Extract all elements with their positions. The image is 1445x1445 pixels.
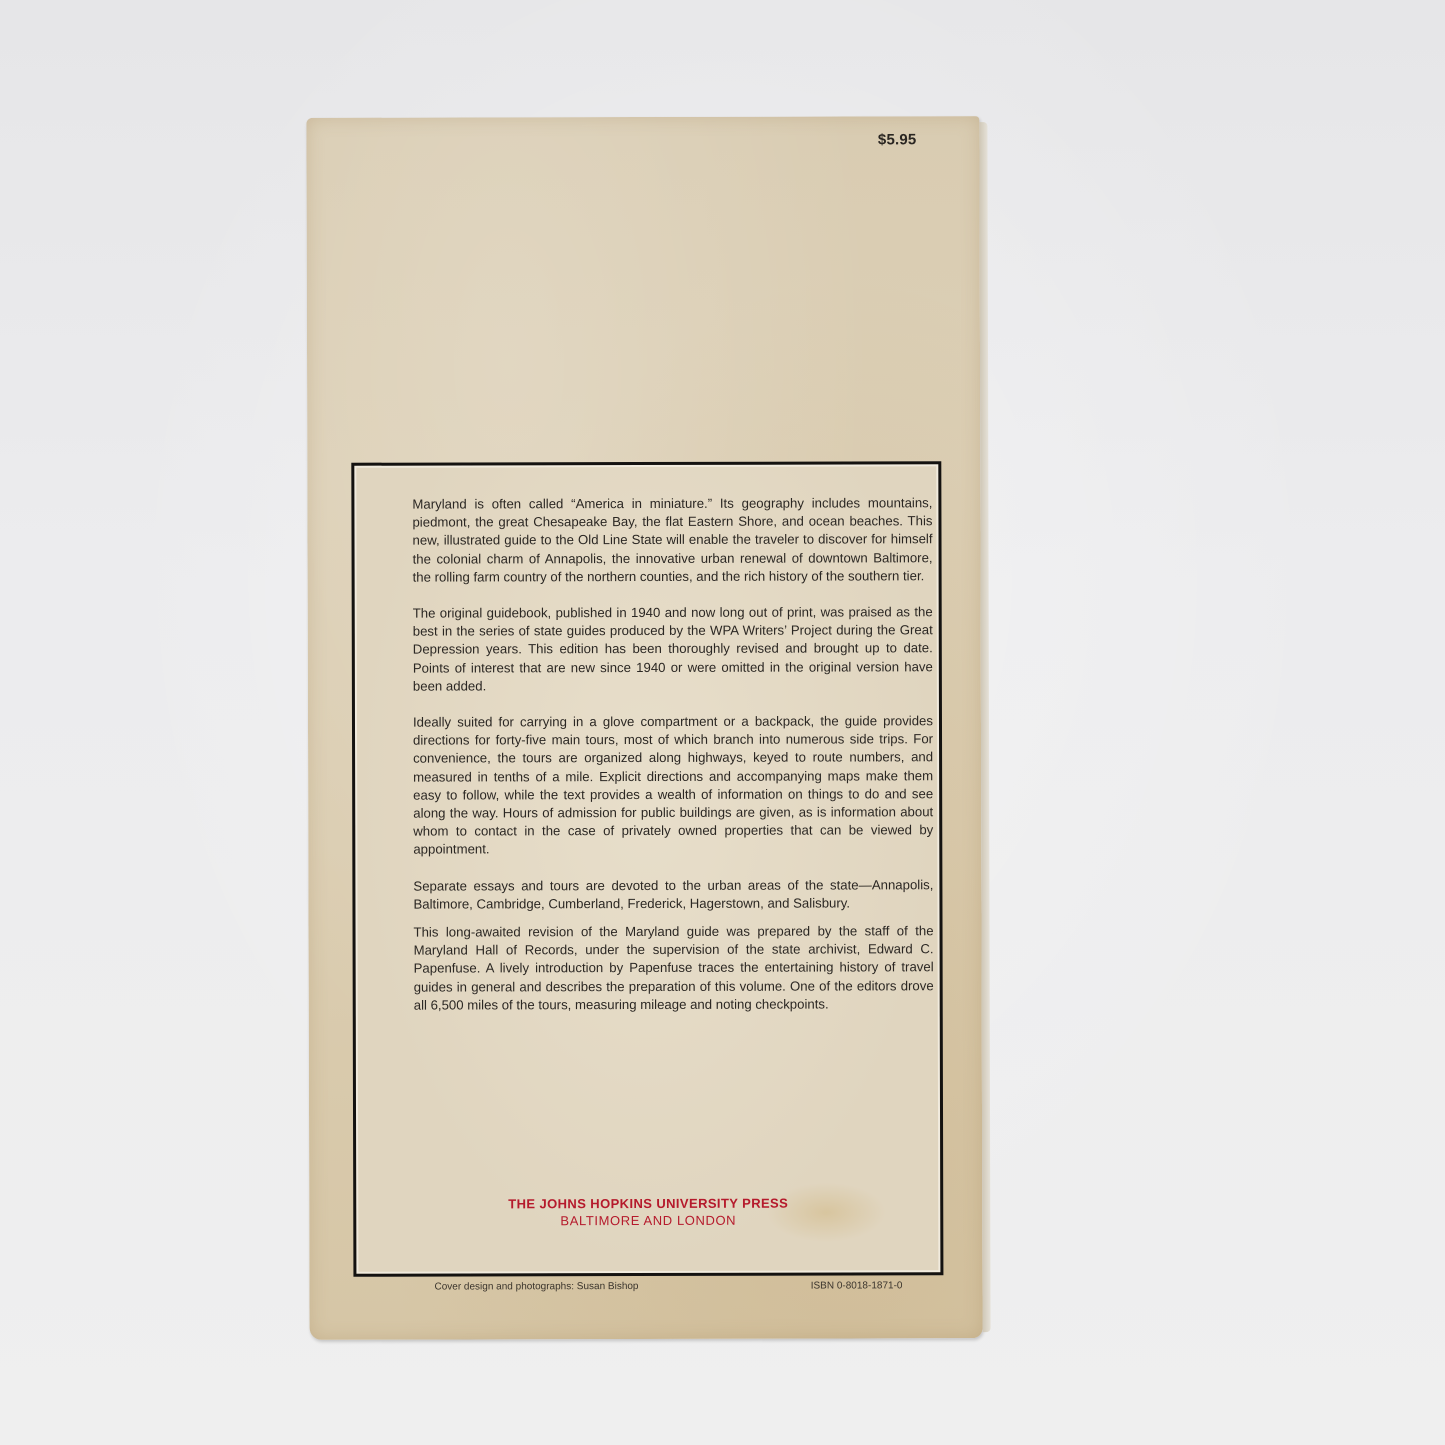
publisher-block: THE JOHNS HOPKINS UNIVERSITY PRESS BALTI… [356, 1194, 940, 1230]
isbn-label: ISBN 0-8018-1871-0 [811, 1280, 903, 1291]
publisher-location: BALTIMORE AND LONDON [356, 1211, 940, 1230]
blurb-paragraph-revision: This long-awaited revision of the Maryla… [414, 922, 934, 1014]
cover-credits: Cover design and photographs: Susan Bish… [434, 1281, 638, 1293]
blurb-text: Maryland is often called “America in min… [412, 494, 933, 1032]
blurb-paragraph-history: The original guidebook, published in 194… [413, 603, 933, 695]
publisher-name: THE JOHNS HOPKINS UNIVERSITY PRESS [356, 1194, 940, 1213]
price-label: $5.95 [878, 131, 917, 148]
blurb-paragraph-urban: Separate essays and tours are devoted to… [413, 876, 933, 914]
blurb-paragraph-tours: Ideally suited for carrying in a glove c… [413, 712, 933, 859]
blurb-frame: Maryland is often called “America in min… [351, 461, 943, 1277]
book-back-cover: $5.95 Maryland is often called “America … [306, 116, 982, 1340]
blurb-paragraph-intro: Maryland is often called “America in min… [412, 494, 932, 586]
